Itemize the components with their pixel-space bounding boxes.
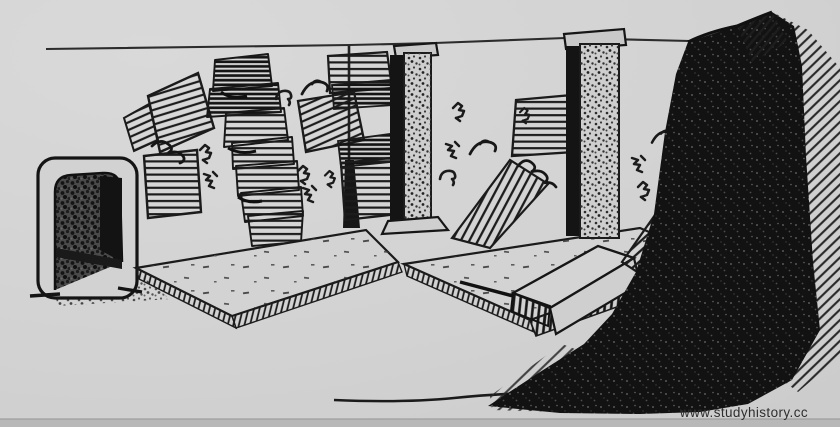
bottom-strip xyxy=(0,419,840,427)
pillar-right xyxy=(564,29,626,238)
pillar-right-shadow-band xyxy=(566,46,580,236)
tomb-illustration: www.studyhistory.cc xyxy=(0,0,840,427)
door-inner-shadow xyxy=(100,176,122,262)
illustration-page: www.studyhistory.cc xyxy=(0,0,840,427)
watermark-text: www.studyhistory.cc xyxy=(679,405,808,420)
pillar-left-shadow-band xyxy=(390,55,404,225)
